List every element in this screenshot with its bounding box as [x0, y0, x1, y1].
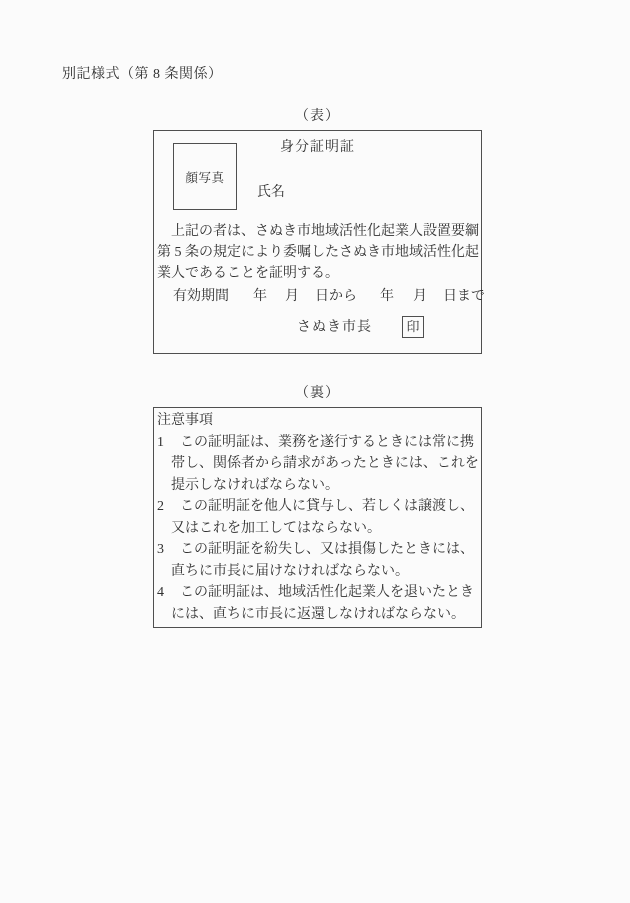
- validity-day-from: 日から: [315, 285, 357, 305]
- validity-month-from: 月: [285, 285, 299, 305]
- form-heading: 別記様式（第 8 条関係）: [62, 63, 223, 83]
- certification-line: 上記の者は、さぬき市地域活性化起業人設置要綱: [157, 221, 478, 242]
- back-card: 注意事項 1この証明証は、業務を遂行するときには常に携 帯し、関係者から請求があ…: [153, 407, 482, 628]
- certification-line: 業人であることを証明する。: [157, 263, 478, 284]
- item-number: 2: [157, 496, 180, 518]
- notice-item-line: 1この証明証は、業務を遂行するときには常に携: [157, 432, 478, 454]
- certification-text: 上記の者は、さぬき市地域活性化起業人設置要綱 第 5 条の規定により委嘱したさぬ…: [157, 221, 478, 284]
- issuer-label: さぬき市長: [297, 316, 372, 336]
- validity-month-to: 月: [413, 285, 427, 305]
- validity-row: 有効期間 年 月 日から 年 月 日まで: [154, 285, 481, 306]
- name-label: 氏名: [257, 181, 285, 201]
- notice-item-line: 又はこれを加工してはならない。: [157, 518, 478, 540]
- validity-year-from: 年: [253, 285, 267, 305]
- notice-item-text: この証明証は、業務を遂行するときには常に携: [180, 435, 474, 450]
- back-side-label: （裏）: [153, 382, 482, 402]
- notice-item-text: この証明証を紛失し、又は損傷したときには、: [180, 542, 474, 557]
- item-number: 3: [157, 539, 180, 561]
- seal-character: 印: [406, 319, 419, 334]
- notice-item-line: 直ちに市長に届けなければならない。: [157, 561, 478, 583]
- front-side-label: （表）: [153, 105, 482, 125]
- notice-item-line: 2この証明証を他人に貸与し、若しくは譲渡し、: [157, 496, 478, 518]
- notice-item-line: 帯し、関係者から請求があったときには、これを: [157, 453, 478, 475]
- document-page: 別記様式（第 8 条関係） （表） 身分証明証 顔写真 氏名 上記の者は、さぬき…: [0, 0, 630, 903]
- notice-item-text: この証明証を他人に貸与し、若しくは譲渡し、: [180, 499, 474, 514]
- item-number: 4: [157, 582, 180, 604]
- photo-box: 顔写真: [173, 143, 237, 210]
- certification-line: 第 5 条の規定により委嘱したさぬき市地域活性化起: [157, 242, 478, 263]
- notice-item-line: 提示しなければならない。: [157, 475, 478, 497]
- notice-item-text: この証明証は、地域活性化起業人を退いたとき: [180, 585, 474, 600]
- photo-placeholder-label: 顔写真: [185, 168, 224, 186]
- notice-item-line: 4この証明証は、地域活性化起業人を退いたとき: [157, 582, 478, 604]
- seal-box: 印: [402, 316, 424, 338]
- notice-title: 注意事項: [157, 410, 478, 432]
- validity-day-to: 日まで: [443, 285, 485, 305]
- notice-item-line: 3この証明証を紛失し、又は損傷したときには、: [157, 539, 478, 561]
- validity-year-to: 年: [380, 285, 394, 305]
- notice-item-line: には、直ちに市長に返還しなければならない。: [157, 604, 478, 626]
- notice-list: 注意事項 1この証明証は、業務を遂行するときには常に携 帯し、関係者から請求があ…: [157, 410, 478, 625]
- item-number: 1: [157, 432, 180, 454]
- validity-label: 有効期間: [173, 285, 229, 305]
- front-card: 身分証明証 顔写真 氏名 上記の者は、さぬき市地域活性化起業人設置要綱 第 5 …: [153, 130, 482, 354]
